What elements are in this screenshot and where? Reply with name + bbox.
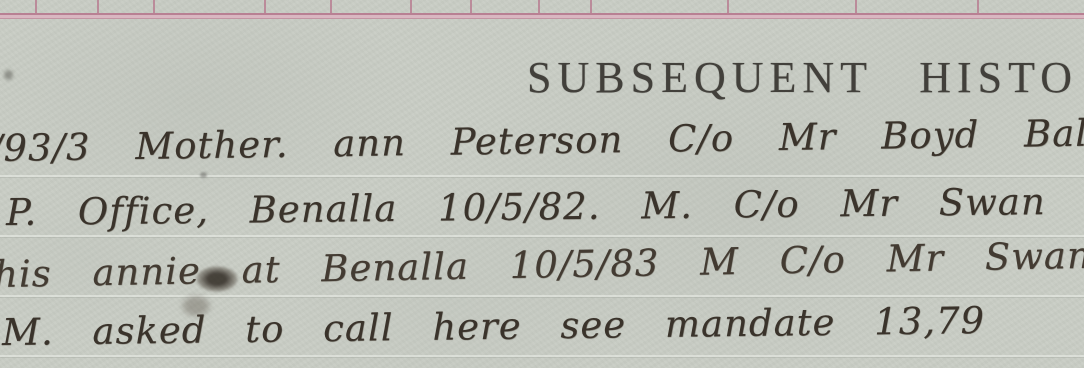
ledger-grid-vline [855,0,857,15]
ledger-grid-vline [470,0,472,15]
ink-smudge [180,294,212,318]
ledger-grid-vline [590,0,592,15]
ledger-grid-vline [35,0,37,15]
handwritten-line-1: /93/3 Mother. ann Peterson C/o Mr Boyd B… [0,111,1084,170]
ledger-grid-vline [97,0,99,15]
printed-heading: SUBSEQUENT HISTO [527,52,1078,103]
paper-speck [4,70,13,80]
ledger-grid-vline [330,0,332,15]
handwritten-line-4: M. asked to call here see mandate 13,79 [2,299,986,354]
ledger-grid-vline [977,0,979,15]
scanned-ledger-page: SUBSEQUENT HISTO /93/3 Mother. ann Peter… [0,0,1084,368]
handwritten-line-2: P. Office, Benalla 10/5/82. M. C/o Mr Sw… [6,180,1046,234]
ledger-grid-vline [410,0,412,15]
ledger-grid-vline [264,0,266,15]
paper-speck [200,172,207,178]
ledger-grid-horizontal-rule [0,13,1084,19]
ledger-grid-vline [727,0,729,15]
ink-blot [196,266,238,292]
ledger-grid-vline [538,0,540,15]
handwritten-line-3: his annie at Benalla 10/5/83 M C/o Mr Sw… [0,234,1084,296]
ledger-grid-vline [153,0,155,15]
